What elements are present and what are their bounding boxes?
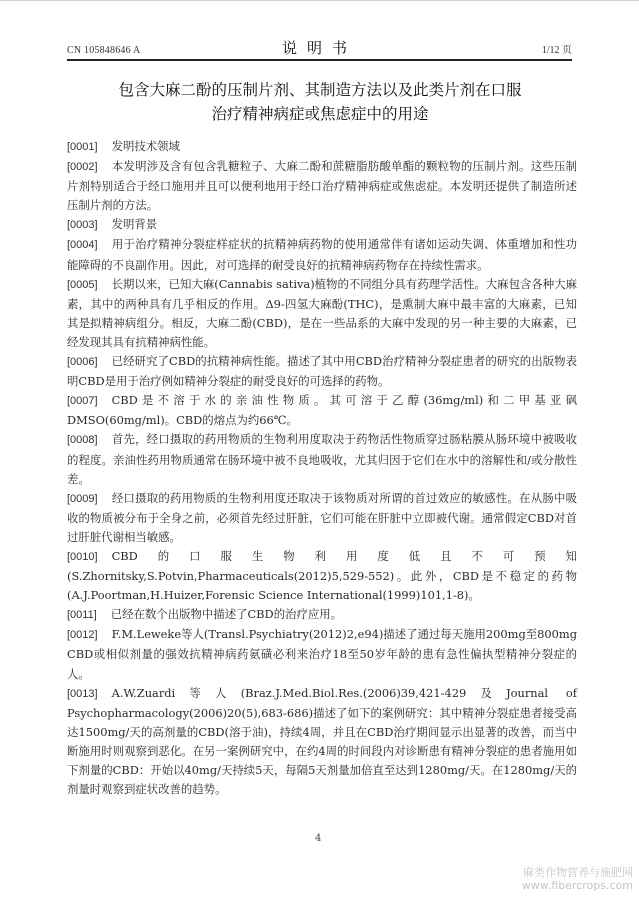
paragraph-0012: [0012]F.M.Leweke等人(Transl.Psychiatry(201… <box>67 625 577 683</box>
paragraph-0003: [0003]发明背景 <box>67 215 577 235</box>
page-info: 1/12 页 <box>542 41 572 56</box>
paragraph-0009: [0009]经口摄取的药用物质的生物利用度还取决于该物质对所谓的首过效应的敏感性… <box>67 489 577 547</box>
paragraph-0004: [0004]用于治疗精神分裂症样症状的抗精神病药物的使用通常伴有诸如运动失调、体… <box>67 235 577 274</box>
paragraph-0001: [0001]发明技术领域 <box>67 137 577 157</box>
paragraph-0010: [0010]CBD的口服生物利用度低且不可预知(S.Zhornitsky,S.P… <box>67 547 577 605</box>
paragraph-text: 已经研究了CBD的抗精神病性能。描述了其中用CBD治疗精神分裂症患者的研究的出版… <box>67 354 577 388</box>
paragraph-text: 发明背景 <box>112 217 158 231</box>
watermark-site-name: 麻类作物营养与施肥网 <box>513 866 633 879</box>
paragraph-text: CBD是不溶于水的亲油性物质。其可溶于乙醇(36mg/ml)和二甲基亚砜DMSO… <box>67 393 577 427</box>
document-title: 包含大麻二酚的压制片剂、其制造方法以及此类片剂在口服 治疗精神病症或焦虑症中的用… <box>60 78 580 126</box>
paragraph-number: [0008] <box>67 434 98 446</box>
paragraph-number: [0006] <box>67 356 98 368</box>
paragraph-text: 用于治疗精神分裂症样症状的抗精神病药物的使用通常伴有诸如运动失调、体重增加和性功… <box>67 237 577 271</box>
paragraph-0006: [0006]已经研究了CBD的抗精神病性能。描述了其中用CBD治疗精神分裂症患者… <box>67 352 577 391</box>
paragraph-number: [0012] <box>67 629 98 641</box>
title-line-1: 包含大麻二酚的压制片剂、其制造方法以及此类片剂在口服 <box>60 78 580 102</box>
paragraph-text: 本发明涉及含有包含乳糖粒子、大麻二酚和蔗糖脂肪酸单酯的颗粒物的压制片剂。这些压制… <box>67 159 577 212</box>
watermark: 麻类作物营养与施肥网 www.fibercrops.com <box>513 866 633 892</box>
paragraph-0002: [0002]本发明涉及含有包含乳糖粒子、大麻二酚和蔗糖脂肪酸单酯的颗粒物的压制片… <box>67 157 577 215</box>
paragraph-text: F.M.Leweke等人(Transl.Psychiatry(2012)2,e9… <box>67 627 577 680</box>
paragraph-text: 长期以来，已知大麻(Cannabis sativa)植物的不同组分具有药理学活性… <box>67 277 577 349</box>
paragraph-number: [0013] <box>67 688 98 700</box>
title-line-2: 治疗精神病症或焦虑症中的用途 <box>60 102 580 126</box>
paragraph-text: 首先，经口摄取的药用物质的生物利用度取决于药物活性物质穿过肠粘膜从肠环境中被吸收… <box>67 432 577 485</box>
paragraph-text: 经口摄取的药用物质的生物利用度还取决于该物质对所谓的首过效应的敏感性。在从肠中吸… <box>67 491 577 544</box>
paragraph-0005: [0005]长期以来，已知大麻(Cannabis sativa)植物的不同组分具… <box>67 275 577 352</box>
paragraph-number: [0010] <box>67 551 98 563</box>
header-divider <box>67 59 572 61</box>
paragraph-text: 已经在数个出版物中描述了CBD的治疗应用。 <box>111 607 342 621</box>
paragraph-0011: [0011]已经在数个出版物中描述了CBD的治疗应用。 <box>67 605 577 625</box>
paragraph-number: [0009] <box>67 493 98 505</box>
paragraph-0013: [0013]A.W.Zuardi等人(Braz.J.Med.Biol.Res.(… <box>67 684 577 800</box>
paragraph-number: [0005] <box>67 279 98 291</box>
paragraph-number: [0004] <box>67 239 98 251</box>
watermark-url: www.fibercrops.com <box>513 879 633 892</box>
paragraph-text: CBD的口服生物利用度低且不可预知(S.Zhornitsky,S.Potvin,… <box>67 549 577 602</box>
paragraph-text: A.W.Zuardi等人(Braz.J.Med.Biol.Res.(2006)3… <box>67 686 577 796</box>
paragraph-number: [0003] <box>67 219 98 231</box>
paragraph-number: [0007] <box>67 395 98 407</box>
paragraph-number: [0011] <box>67 609 97 621</box>
paragraph-0008: [0008]首先，经口摄取的药用物质的生物利用度取决于药物活性物质穿过肠粘膜从肠… <box>67 430 577 488</box>
document-body: [0001]发明技术领域 [0002]本发明涉及含有包含乳糖粒子、大麻二酚和蔗糖… <box>67 137 577 799</box>
footer-page-number: 4 <box>315 833 321 844</box>
page-top-border <box>0 0 639 1</box>
document-header: CN 105848646 A 说明书 1/12 页 <box>67 38 572 60</box>
document-type: 说明书 <box>67 37 572 58</box>
paragraph-number: [0002] <box>67 161 98 173</box>
paragraph-number: [0001] <box>67 141 98 153</box>
paragraph-0007: [0007]CBD是不溶于水的亲油性物质。其可溶于乙醇(36mg/ml)和二甲基… <box>67 391 577 430</box>
paragraph-text: 发明技术领域 <box>112 139 180 153</box>
